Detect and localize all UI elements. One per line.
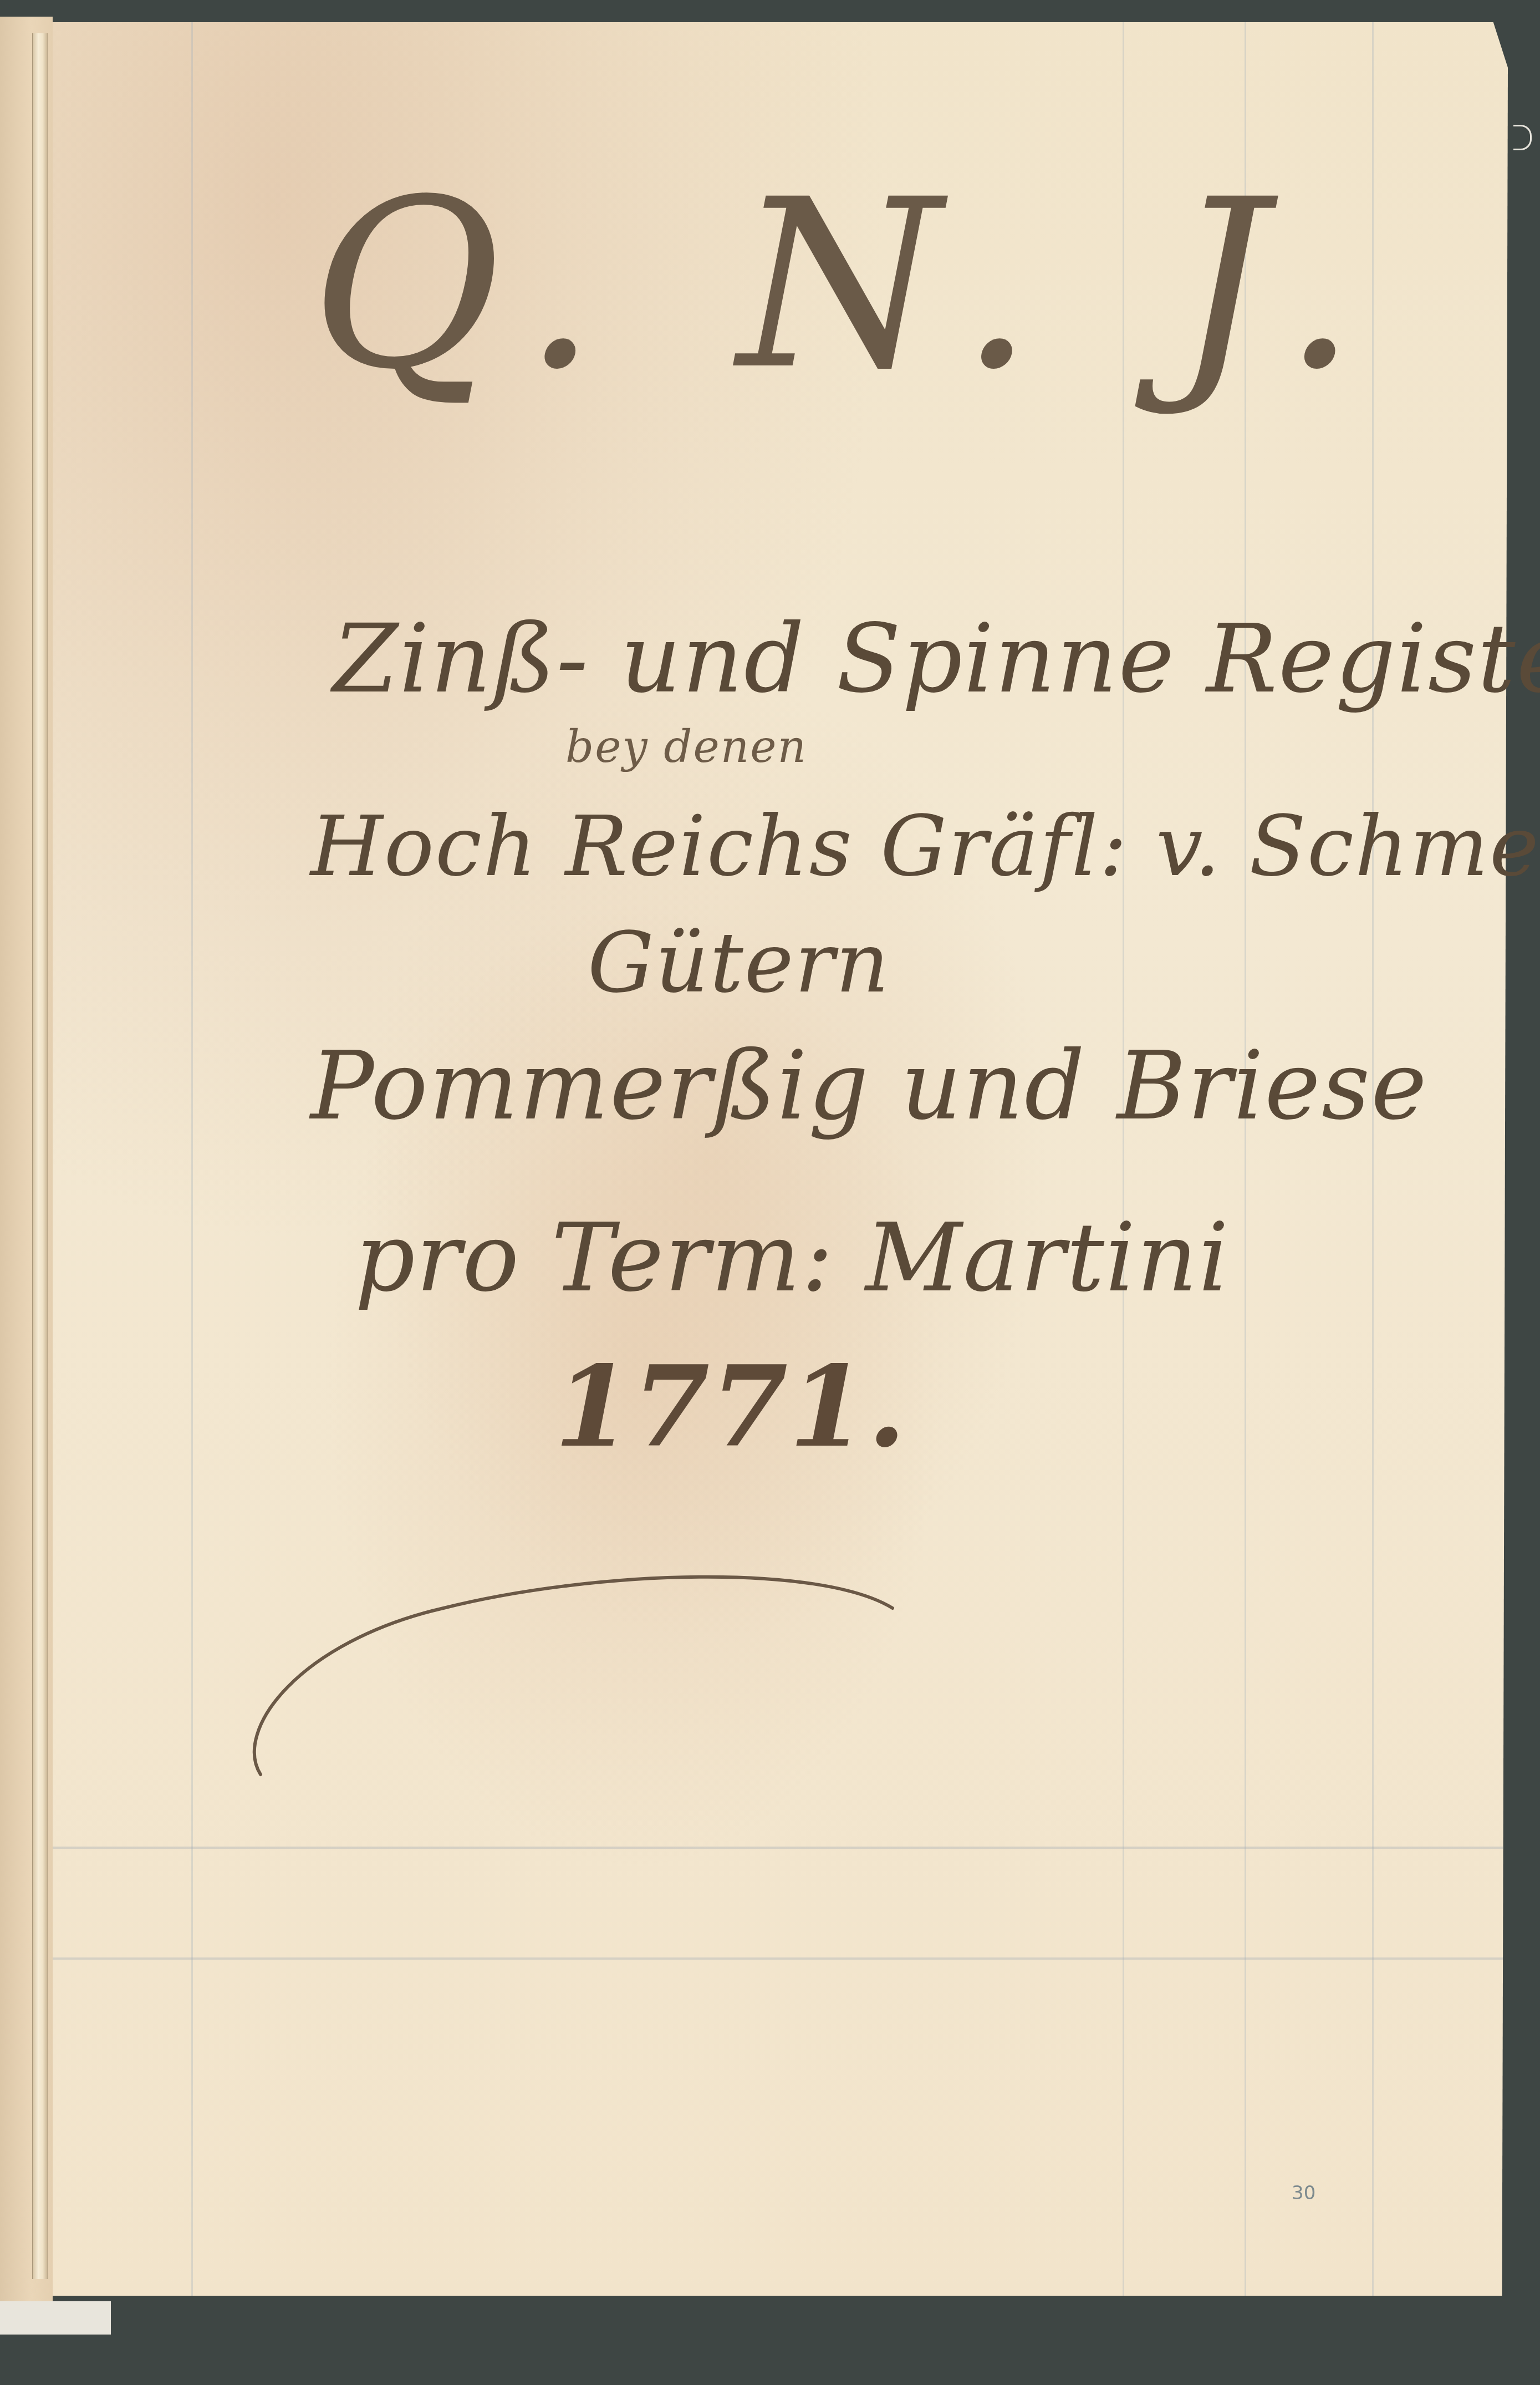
title-register-line: Zinß- und Spinne Register (333, 604, 1540, 714)
ruled-line-horizontal (53, 1847, 1508, 1849)
title-year: 1771. (554, 1342, 907, 1472)
title-preposition-line: bey denen (565, 721, 807, 772)
title-places-line: Pommerßig und Briese (310, 1031, 1428, 1141)
ruled-line-vertical (191, 22, 193, 2296)
loose-thread (1513, 125, 1532, 150)
title-owner-line: Hoch Reichs Gräfl: v. Schmettow: (310, 799, 1540, 895)
ruled-line-horizontal (53, 1957, 1508, 1960)
facing-page-edge (0, 17, 53, 2323)
decorative-flourish (211, 1497, 931, 1786)
title-estates-line: Gütern (588, 915, 890, 1011)
monogram-heading: Q. N. J. (310, 150, 1390, 421)
folio-number: 30 (1292, 2182, 1315, 2204)
protective-wrap (0, 2301, 111, 2335)
binding-strip (32, 33, 48, 2279)
title-term-line: pro Term: Martini (355, 1203, 1230, 1313)
